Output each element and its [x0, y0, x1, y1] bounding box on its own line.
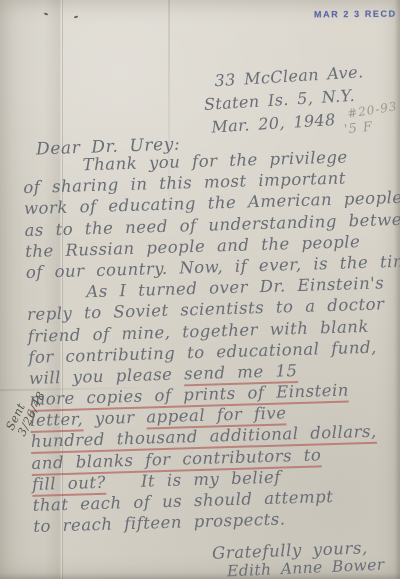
pencil-annotation: '5 F: [343, 120, 373, 138]
ink-speck: [74, 16, 78, 19]
paper-edge-right: [394, 0, 400, 579]
received-date-stamp: MAR 2 3 RECD: [314, 9, 397, 20]
scanned-letter-page: MAR 2 3 RECD 33 McClean Ave. Staten Is. …: [0, 0, 400, 579]
letter-body: Thank you for the privilegeof sharing in…: [22, 145, 395, 537]
handwritten-text: your: [83, 408, 147, 429]
